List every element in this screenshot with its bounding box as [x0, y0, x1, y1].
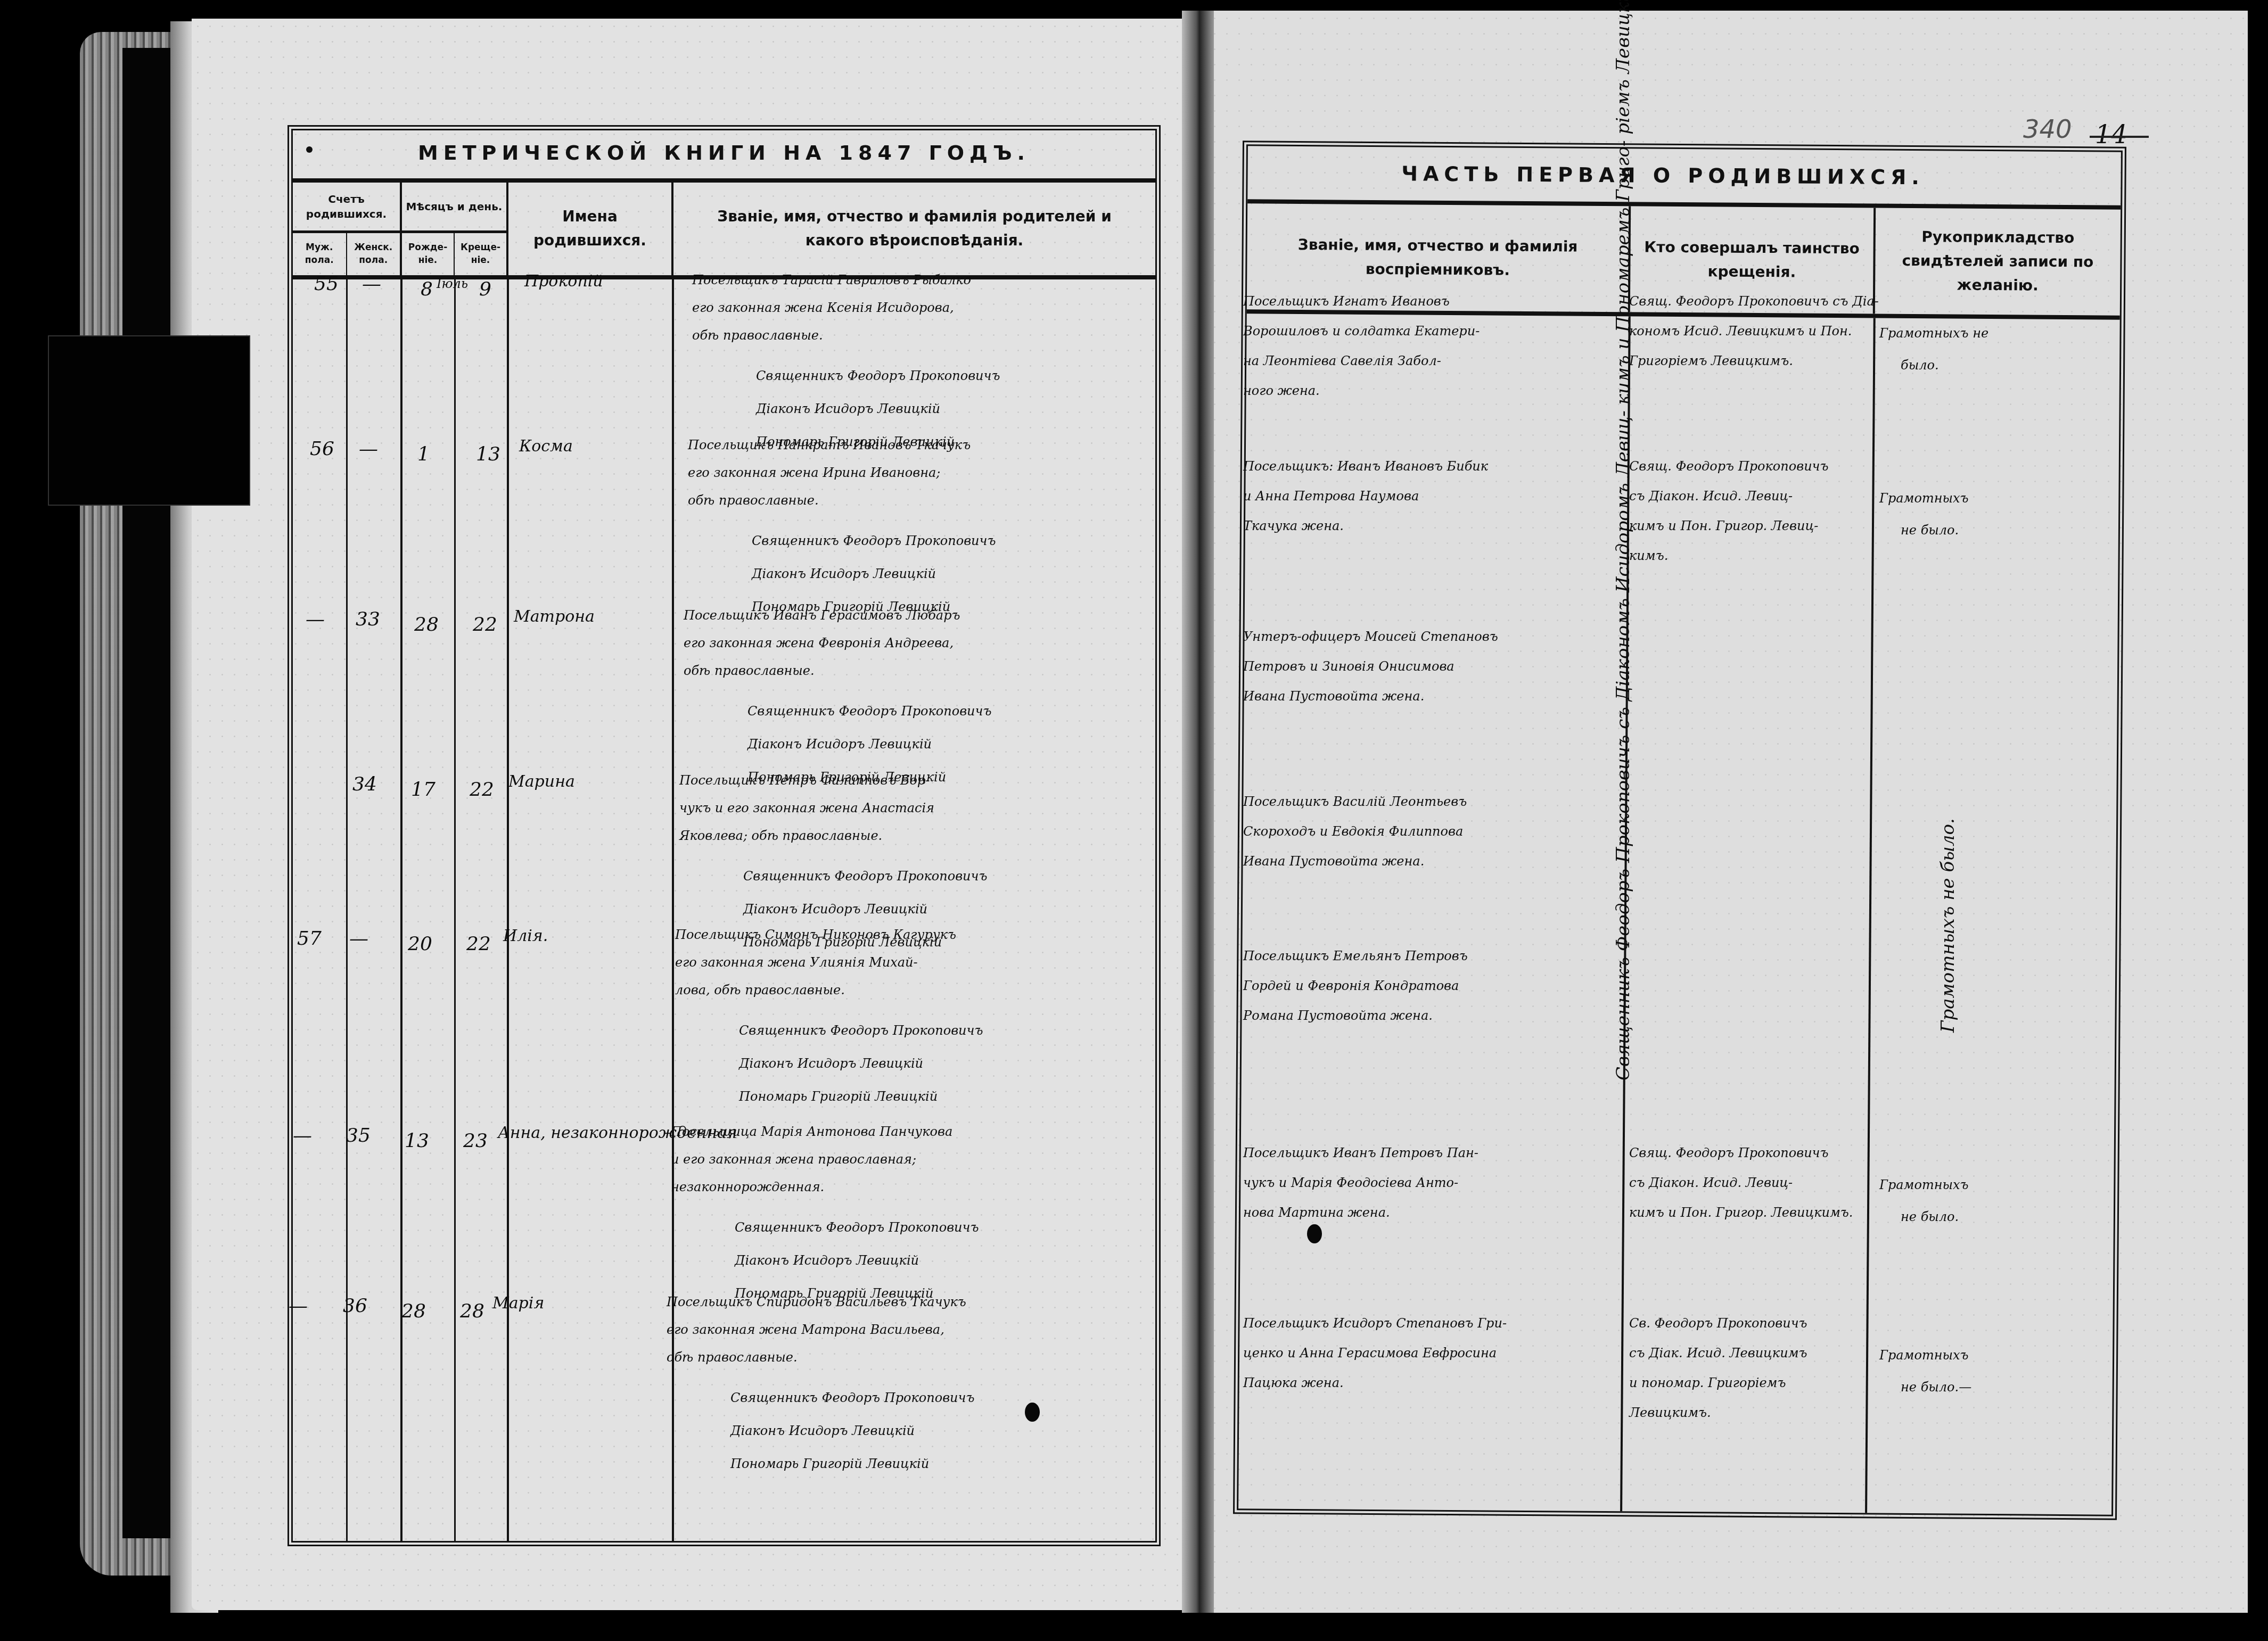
count-male: —: [289, 1288, 308, 1324]
parents-line: обѣ православные.: [684, 657, 815, 685]
witness-line: Грамотныхъ: [1879, 1341, 1969, 1370]
child-name: Матрона: [514, 601, 595, 632]
parents-line: обѣ православные.: [688, 486, 819, 515]
clergy-line: Пономарь Григорій Левицкій: [739, 1083, 938, 1111]
child-name: Марина: [508, 766, 575, 797]
vertical-witness-note: Грамотныхъ не было.: [1927, 628, 1969, 1033]
parents-line: Посельщикъ Петръ Филипповъ Бор-: [679, 766, 930, 795]
header-month-day-label: Мѣсяцъ и день.: [402, 183, 506, 233]
godparents-line: на Леонтіева Савелія Забол-: [1243, 347, 1441, 375]
parents-line: его законная жена Улиянія Михай-: [675, 949, 918, 977]
header-names: Имена родившихся.: [508, 183, 673, 275]
header-baptism: Креще-ніе.: [455, 233, 506, 275]
parents-line: Яковлева; обѣ православные.: [679, 822, 882, 850]
parents-line: его законная жена Ксенія Исидорова,: [692, 294, 954, 322]
witness-line: не было.: [1901, 1203, 1959, 1231]
col-divider: [346, 279, 348, 1541]
witness-line: Грамотныхъ: [1879, 1171, 1969, 1199]
godparents-line: Ивана Пустовойта жена.: [1243, 847, 1424, 876]
godparents-line: ценко и Анна Герасимова Евфросина: [1243, 1339, 1497, 1367]
godparents-line: Романа Пустовойта жена.: [1243, 1002, 1433, 1030]
parents-line: незаконнорожденная.: [671, 1173, 824, 1201]
clergy-line: Діаконъ Исидоръ Левицкій: [735, 1247, 919, 1275]
godparents-line: Ткачука жена.: [1243, 512, 1344, 540]
clergy-line: Священникъ Феодоръ Прокоповичъ: [752, 527, 996, 555]
clergy-line: Священникъ Феодоръ Прокоповичъ: [747, 697, 991, 725]
birth-day: 28: [414, 607, 439, 643]
count-female: —: [362, 266, 381, 302]
parents-line: Посельщикъ Тарасій Гавриловъ Рыбалко: [692, 266, 971, 294]
baptism-day: 22: [470, 772, 494, 808]
godparents-line: Ворошиловъ и солдатка Екатери-: [1243, 317, 1480, 345]
col-divider: [400, 279, 402, 1541]
binding-shadow: [122, 48, 170, 1538]
godparents-line: нова Мартина жена.: [1243, 1199, 1390, 1227]
godparents-line: Посельщикъ Исидоръ Степановъ Гри-: [1243, 1309, 1507, 1338]
col-divider: [1865, 318, 1876, 1513]
officiant-line: Св. Феодоръ Прокоповичъ: [1629, 1309, 1807, 1338]
folio-mark: 14: [2095, 120, 2127, 150]
parents-line: его законная жена Ирина Ивановна;: [688, 459, 940, 487]
godparents-line: Ивана Пустовойта жена.: [1243, 682, 1424, 711]
parents-line: Посельщикъ Иванъ Герасимовъ Любаръ: [684, 601, 960, 630]
parents-line: его законная жена Матрона Васильева,: [667, 1316, 944, 1344]
header-count-label: Счетъ родившихся.: [293, 183, 400, 233]
godparents-line: Посельщикъ: Иванъ Ивановъ Бибик: [1243, 452, 1488, 481]
right-page-title: ЧАСТЬ ПЕРВАЯ О РОДИВШИХСЯ.: [1311, 161, 2014, 189]
baptism-day: 13: [476, 436, 500, 473]
godparents-line: Посельщикъ Василій Леонтьевъ: [1243, 788, 1467, 816]
header-count: Счетъ родившихся. Муж. пола. Женск. пола…: [293, 183, 402, 275]
baptism-day: 28: [460, 1293, 484, 1330]
parents-line: его законная жена Февронія Андреева,: [684, 629, 954, 657]
month-note: Іюль: [437, 270, 468, 298]
child-name: Прокопій: [524, 266, 603, 296]
birth-day: 20: [408, 926, 432, 962]
left-page-title: МЕТРИЧЕСКОЙ КНИГИ НА 1847 ГОДЪ.: [293, 141, 1155, 164]
witness-line: не было.: [1901, 516, 1959, 545]
godparents-line: Гордей и Февронія Кондратова: [1243, 972, 1459, 1000]
parents-line: обѣ православные.: [692, 321, 823, 350]
parents-line: Посельщикъ Симонъ Никоновъ Кагурукъ: [675, 921, 956, 949]
officiant-line: Свящ. Феодоръ Прокоповичъ: [1629, 452, 1829, 481]
birth-day: 17: [411, 772, 435, 808]
parents-line: и его законная жена православная;: [671, 1145, 916, 1174]
officiant-line: кономъ Исид. Левицкимъ и Пон.: [1629, 317, 1852, 345]
birth-day: 13: [405, 1123, 429, 1159]
officiant-line: Левицкимъ.: [1629, 1399, 1711, 1427]
count-female: 34: [352, 766, 377, 803]
clergy-line: Діаконъ Исидоръ Левицкій: [743, 895, 927, 923]
count-female: 36: [343, 1288, 367, 1324]
count-male: —: [293, 1118, 312, 1154]
godparents-line: Пацюка жена.: [1243, 1369, 1344, 1397]
child-name: Марія: [492, 1288, 544, 1318]
clergy-line: Діаконъ Исидоръ Левицкій: [739, 1050, 923, 1078]
birth-day: 8: [421, 271, 433, 308]
godparents-line: Унтеръ-офицеръ Моисей Степановъ: [1243, 623, 1498, 651]
parents-line: Посельщица Марія Антонова Панчукова: [671, 1118, 952, 1146]
baptism-day: 22: [473, 607, 497, 643]
clergy-line: Діаконъ Исидоръ Левицкій: [730, 1417, 915, 1445]
baptism-day: 23: [463, 1123, 488, 1159]
count-male: —: [306, 601, 325, 638]
header-witnesses: Рукоприкладство свидѣтелей записи по жел…: [1875, 208, 2121, 316]
godparents-line: Посельщикъ Иванъ Петровъ Пан-: [1243, 1139, 1478, 1167]
birth-day: 28: [401, 1293, 426, 1330]
parents-line: Посельщикъ Панкратъ Ивановъ Ткачукъ: [688, 431, 971, 459]
baptism-day: 22: [466, 926, 491, 962]
clergy-line: Священникъ Феодоръ Прокоповичъ: [743, 862, 987, 890]
count-female: —: [359, 431, 378, 467]
count-male: 55: [314, 266, 339, 302]
header-parents: Званіе, имя, отчество и фамилія родителе…: [673, 183, 1155, 275]
officiant-line: кимъ и Пон. Григор. Левиц-: [1629, 512, 1818, 540]
book-gutter: [1182, 11, 1214, 1613]
baptism-day: 9: [479, 271, 491, 308]
col-divider: [454, 279, 456, 1541]
clergy-line: Пономарь Григорій Левицкій: [730, 1450, 929, 1478]
officiant-line: Свящ. Феодоръ Прокоповичъ: [1629, 1139, 1829, 1167]
count-male: 56: [310, 431, 334, 467]
officiant-line: съ Діакон. Исид. Левиц-: [1629, 482, 1793, 510]
officiant-line: Григоріемъ Левицкимъ.: [1629, 347, 1793, 375]
clergy-line: Діаконъ Исидоръ Левицкій: [747, 730, 932, 758]
page-number-stamp: 340: [2023, 114, 2072, 144]
parents-line: лова, обѣ православные.: [675, 976, 845, 1004]
ink-blot: [1025, 1403, 1040, 1422]
clergy-line: Священникъ Феодоръ Прокоповичъ: [739, 1017, 983, 1045]
officiant-line: Свящ. Феодоръ Прокоповичъ съ Діа-: [1629, 287, 1879, 316]
child-name: Илія.: [503, 921, 548, 951]
count-female: 33: [356, 601, 380, 638]
godparents-line: ного жена.: [1243, 377, 1320, 405]
witness-line: Грамотныхъ не: [1879, 319, 1988, 348]
godparents-line: Петровъ и Зиновія Онисимова: [1243, 653, 1455, 681]
officiant-line: съ Діакон. Исид. Левиц-: [1629, 1169, 1793, 1197]
godparents-line: Посельщикъ Емельянъ Петровъ: [1243, 942, 1468, 970]
witness-line: было.: [1901, 351, 1939, 380]
child-name: Косма: [519, 431, 573, 461]
officiant-line: и пономар. Григоріемъ: [1629, 1369, 1786, 1397]
clergy-line: Священникъ Феодоръ Прокоповичъ: [730, 1384, 974, 1412]
clergy-line: Священникъ Феодоръ Прокоповичъ: [756, 362, 1000, 390]
header-birth: Рожде-ніе.: [402, 233, 455, 275]
clergy-line: Діаконъ Исидоръ Левицкій: [752, 560, 936, 588]
clergy-line: Діаконъ Исидоръ Левицкій: [756, 395, 940, 423]
godparents-line: Посельщикъ Игнатъ Ивановъ: [1243, 287, 1450, 316]
col-divider: [507, 279, 509, 1541]
parents-line: чукъ и его законная жена Анастасія: [679, 794, 934, 822]
officiant-line: кимъ и Пон. Григор. Левицкимъ.: [1629, 1199, 1853, 1227]
black-index-tab: [48, 335, 250, 506]
godparents-line: Скороходъ и Евдокія Филиппова: [1243, 818, 1463, 846]
count-female: —: [349, 921, 368, 957]
parents-line: Посельщикъ Спиридонъ Васильевъ Ткачукъ: [667, 1288, 966, 1316]
witness-line: Грамотныхъ: [1879, 484, 1969, 513]
left-header-row: Счетъ родившихся. Муж. пола. Женск. пола…: [293, 178, 1155, 279]
vertical-officiant-note: Священникъ Феодоръ Прокоповичъ съ Діакон…: [1603, 522, 1644, 1081]
count-male: 57: [297, 921, 322, 957]
officiant-line: съ Діак. Исид. Левицкимъ: [1629, 1339, 1807, 1367]
godparents-line: и Анна Петрова Наумова: [1243, 482, 1419, 510]
clergy-line: Священникъ Феодоръ Прокоповичъ: [735, 1214, 979, 1242]
header-month-day: Мѣсяцъ и день. Рожде-ніе. Креще-ніе.: [402, 183, 508, 275]
witness-line: не было.—: [1901, 1373, 1971, 1401]
birth-day: 1: [417, 436, 430, 473]
godparents-line: чукъ и Марія Феодосіева Анто-: [1243, 1169, 1458, 1197]
parents-line: обѣ православные.: [667, 1343, 798, 1372]
ink-blot: [1307, 1224, 1322, 1243]
count-female: 35: [346, 1118, 371, 1154]
